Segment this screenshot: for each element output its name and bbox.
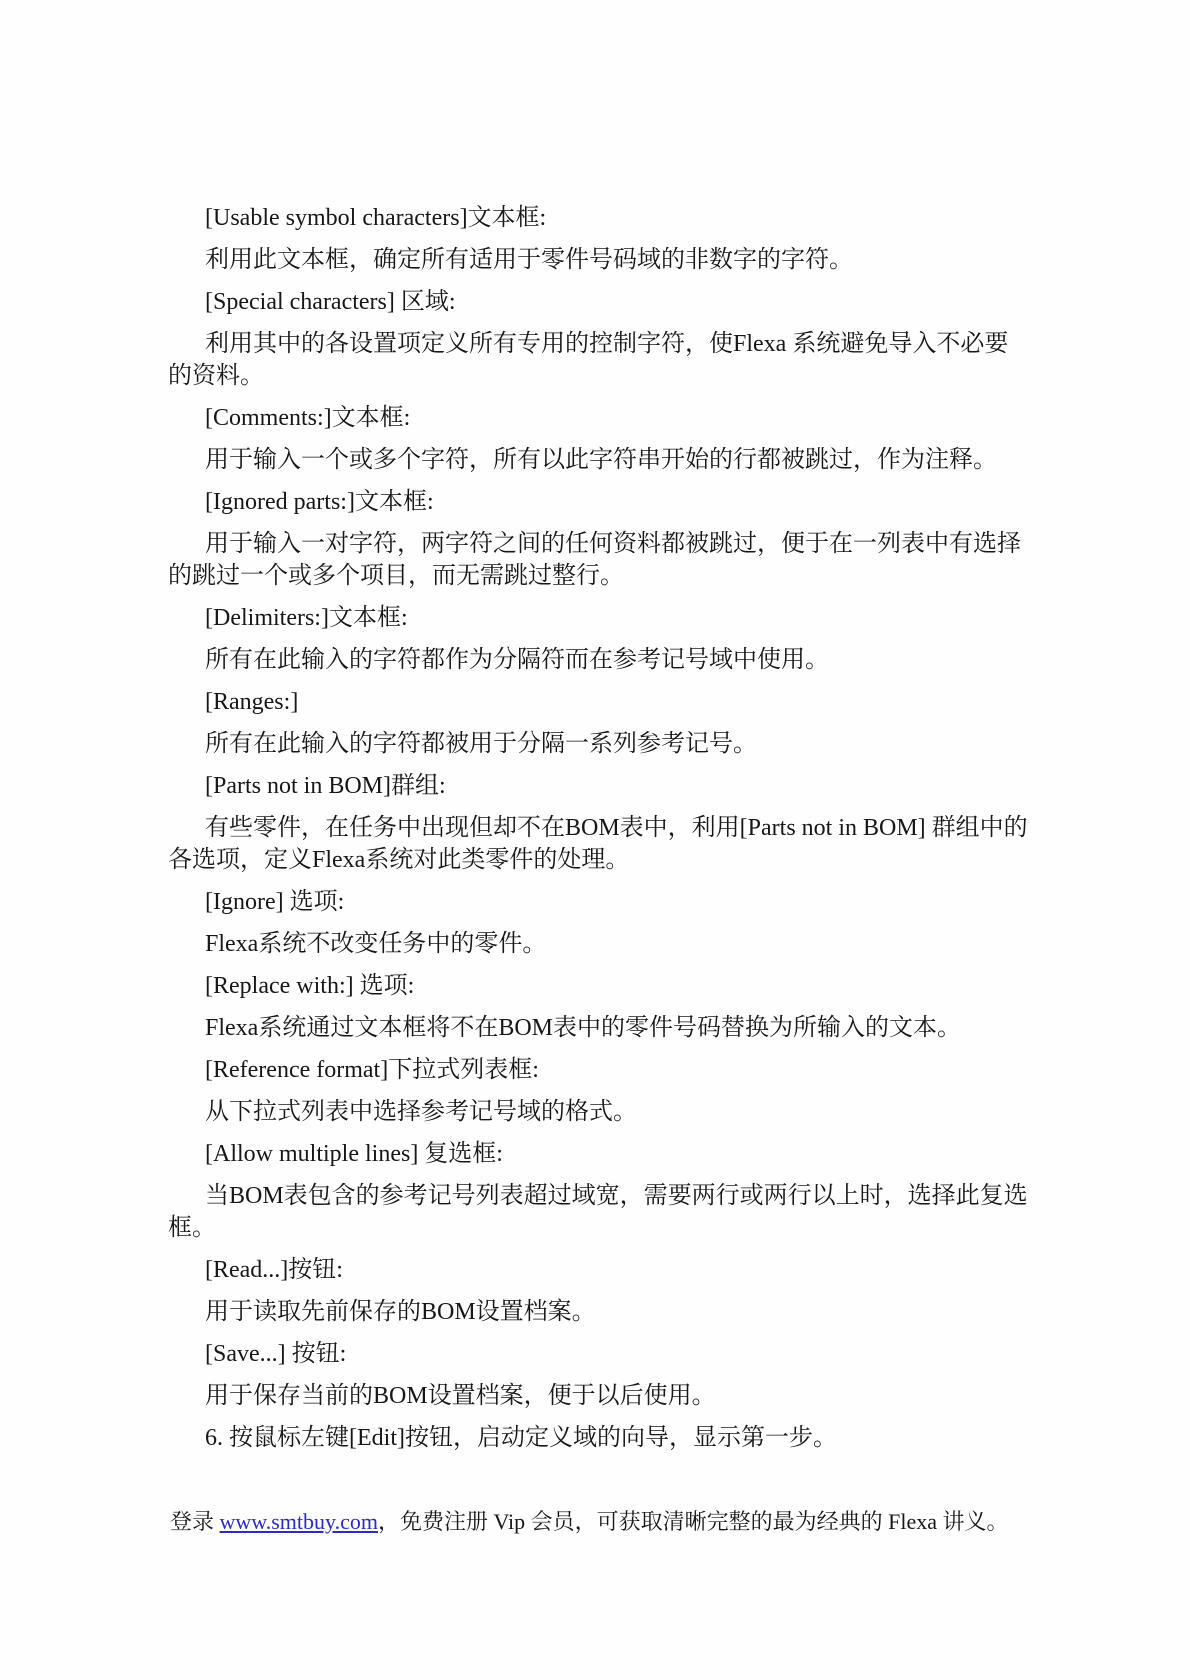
text-line: Flexa系统通过文本框将不在BOM表中的零件号码替换为所输入的文本。: [168, 1012, 1024, 1044]
smtbuy-link[interactable]: www.smtbuy.com: [220, 1509, 378, 1534]
paragraph: [Read...]按钮:: [168, 1254, 1024, 1286]
paragraph: [Delimiters:]文本框:: [168, 602, 1024, 634]
paragraph: 6. 按鼠标左键[Edit]按钮，启动定义域的向导，显示第一步。: [168, 1422, 1024, 1454]
footer-text-prefix: 登录: [170, 1509, 220, 1534]
text-line: 的资料。: [168, 360, 1024, 392]
text-line: 所有在此输入的字符都被用于分隔一系列参考记号。: [168, 728, 1024, 760]
paragraph: 从下拉式列表中选择参考记号域的格式。: [168, 1096, 1024, 1128]
text-line: [Save...] 按钮:: [168, 1338, 1024, 1370]
paragraph: [Comments:]文本框:: [168, 402, 1024, 434]
text-line: [Parts not in BOM]群组:: [168, 770, 1024, 802]
text-line: [Delimiters:]文本框:: [168, 602, 1024, 634]
text-line: 有些零件，在任务中出现但却不在BOM表中，利用[Parts not in BOM…: [168, 812, 1024, 844]
paragraph: 用于读取先前保存的BOM设置档案。: [168, 1296, 1024, 1328]
paragraph: 所有在此输入的字符都作为分隔符而在参考记号域中使用。: [168, 644, 1024, 676]
document-page: [Usable symbol characters]文本框:利用此文本框，确定所…: [0, 0, 1190, 1680]
paragraph: [Ranges:]: [168, 686, 1024, 718]
paragraph: 有些零件，在任务中出现但却不在BOM表中，利用[Parts not in BOM…: [168, 812, 1024, 876]
text-line: [Special characters] 区域:: [168, 286, 1024, 318]
text-line: 利用其中的各设置项定义所有专用的控制字符，使Flexa 系统避免导入不必要: [168, 328, 1024, 360]
text-line: [Comments:]文本框:: [168, 402, 1024, 434]
paragraph: 利用其中的各设置项定义所有专用的控制字符，使Flexa 系统避免导入不必要的资料…: [168, 328, 1024, 392]
paragraph: Flexa系统通过文本框将不在BOM表中的零件号码替换为所输入的文本。: [168, 1012, 1024, 1044]
paragraph: [Allow multiple lines] 复选框:: [168, 1138, 1024, 1170]
paragraph: [Ignored parts:]文本框:: [168, 486, 1024, 518]
text-line: 用于读取先前保存的BOM设置档案。: [168, 1296, 1024, 1328]
paragraph: 当BOM表包含的参考记号列表超过域宽，需要两行或两行以上时，选择此复选框。: [168, 1180, 1024, 1244]
text-line: 用于保存当前的BOM设置档案，便于以后使用。: [168, 1380, 1024, 1412]
paragraph: [Ignore] 选项:: [168, 886, 1024, 918]
text-line: [Ranges:]: [168, 686, 1024, 718]
text-line: 当BOM表包含的参考记号列表超过域宽，需要两行或两行以上时，选择此复选: [168, 1180, 1024, 1212]
text-line: 利用此文本框，确定所有适用于零件号码域的非数字的字符。: [168, 244, 1024, 276]
text-line: 用于输入一对字符，两字符之间的任何资料都被跳过，便于在一列表中有选择: [168, 528, 1024, 560]
document-body: [Usable symbol characters]文本框:利用此文本框，确定所…: [0, 0, 1024, 1454]
text-line: [Ignore] 选项:: [168, 886, 1024, 918]
paragraph: 用于输入一对字符，两字符之间的任何资料都被跳过，便于在一列表中有选择的跳过一个或…: [168, 528, 1024, 592]
paragraph: 用于输入一个或多个字符，所有以此字符串开始的行都被跳过，作为注释。: [168, 444, 1024, 476]
text-line: 框。: [168, 1212, 1024, 1244]
footer-note: 登录 www.smtbuy.com，免费注册 Vip 会员，可获取清晰完整的最为…: [170, 1507, 1190, 1537]
text-line: [Usable symbol characters]文本框:: [168, 202, 1024, 234]
paragraph: [Parts not in BOM]群组:: [168, 770, 1024, 802]
text-line: [Ignored parts:]文本框:: [168, 486, 1024, 518]
text-line: 所有在此输入的字符都作为分隔符而在参考记号域中使用。: [168, 644, 1024, 676]
text-line: [Allow multiple lines] 复选框:: [168, 1138, 1024, 1170]
paragraph: [Usable symbol characters]文本框:: [168, 202, 1024, 234]
paragraph: [Special characters] 区域:: [168, 286, 1024, 318]
text-line: [Read...]按钮:: [168, 1254, 1024, 1286]
text-line: [Reference format]下拉式列表框:: [168, 1054, 1024, 1086]
text-line: 6. 按鼠标左键[Edit]按钮，启动定义域的向导，显示第一步。: [168, 1422, 1024, 1454]
text-line: 从下拉式列表中选择参考记号域的格式。: [168, 1096, 1024, 1128]
footer-text-suffix: ，免费注册 Vip 会员，可获取清晰完整的最为经典的 Flexa 讲义。: [378, 1509, 1009, 1534]
paragraph: [Reference format]下拉式列表框:: [168, 1054, 1024, 1086]
text-line: 用于输入一个或多个字符，所有以此字符串开始的行都被跳过，作为注释。: [168, 444, 1024, 476]
paragraph: 用于保存当前的BOM设置档案，便于以后使用。: [168, 1380, 1024, 1412]
paragraph: 所有在此输入的字符都被用于分隔一系列参考记号。: [168, 728, 1024, 760]
text-line: 各选项，定义Flexa系统对此类零件的处理。: [168, 844, 1024, 876]
paragraph: 利用此文本框，确定所有适用于零件号码域的非数字的字符。: [168, 244, 1024, 276]
text-line: 的跳过一个或多个项目，而无需跳过整行。: [168, 560, 1024, 592]
text-line: Flexa系统不改变任务中的零件。: [168, 928, 1024, 960]
paragraph: Flexa系统不改变任务中的零件。: [168, 928, 1024, 960]
paragraph: [Replace with:] 选项:: [168, 970, 1024, 1002]
paragraph: [Save...] 按钮:: [168, 1338, 1024, 1370]
text-line: [Replace with:] 选项:: [168, 970, 1024, 1002]
